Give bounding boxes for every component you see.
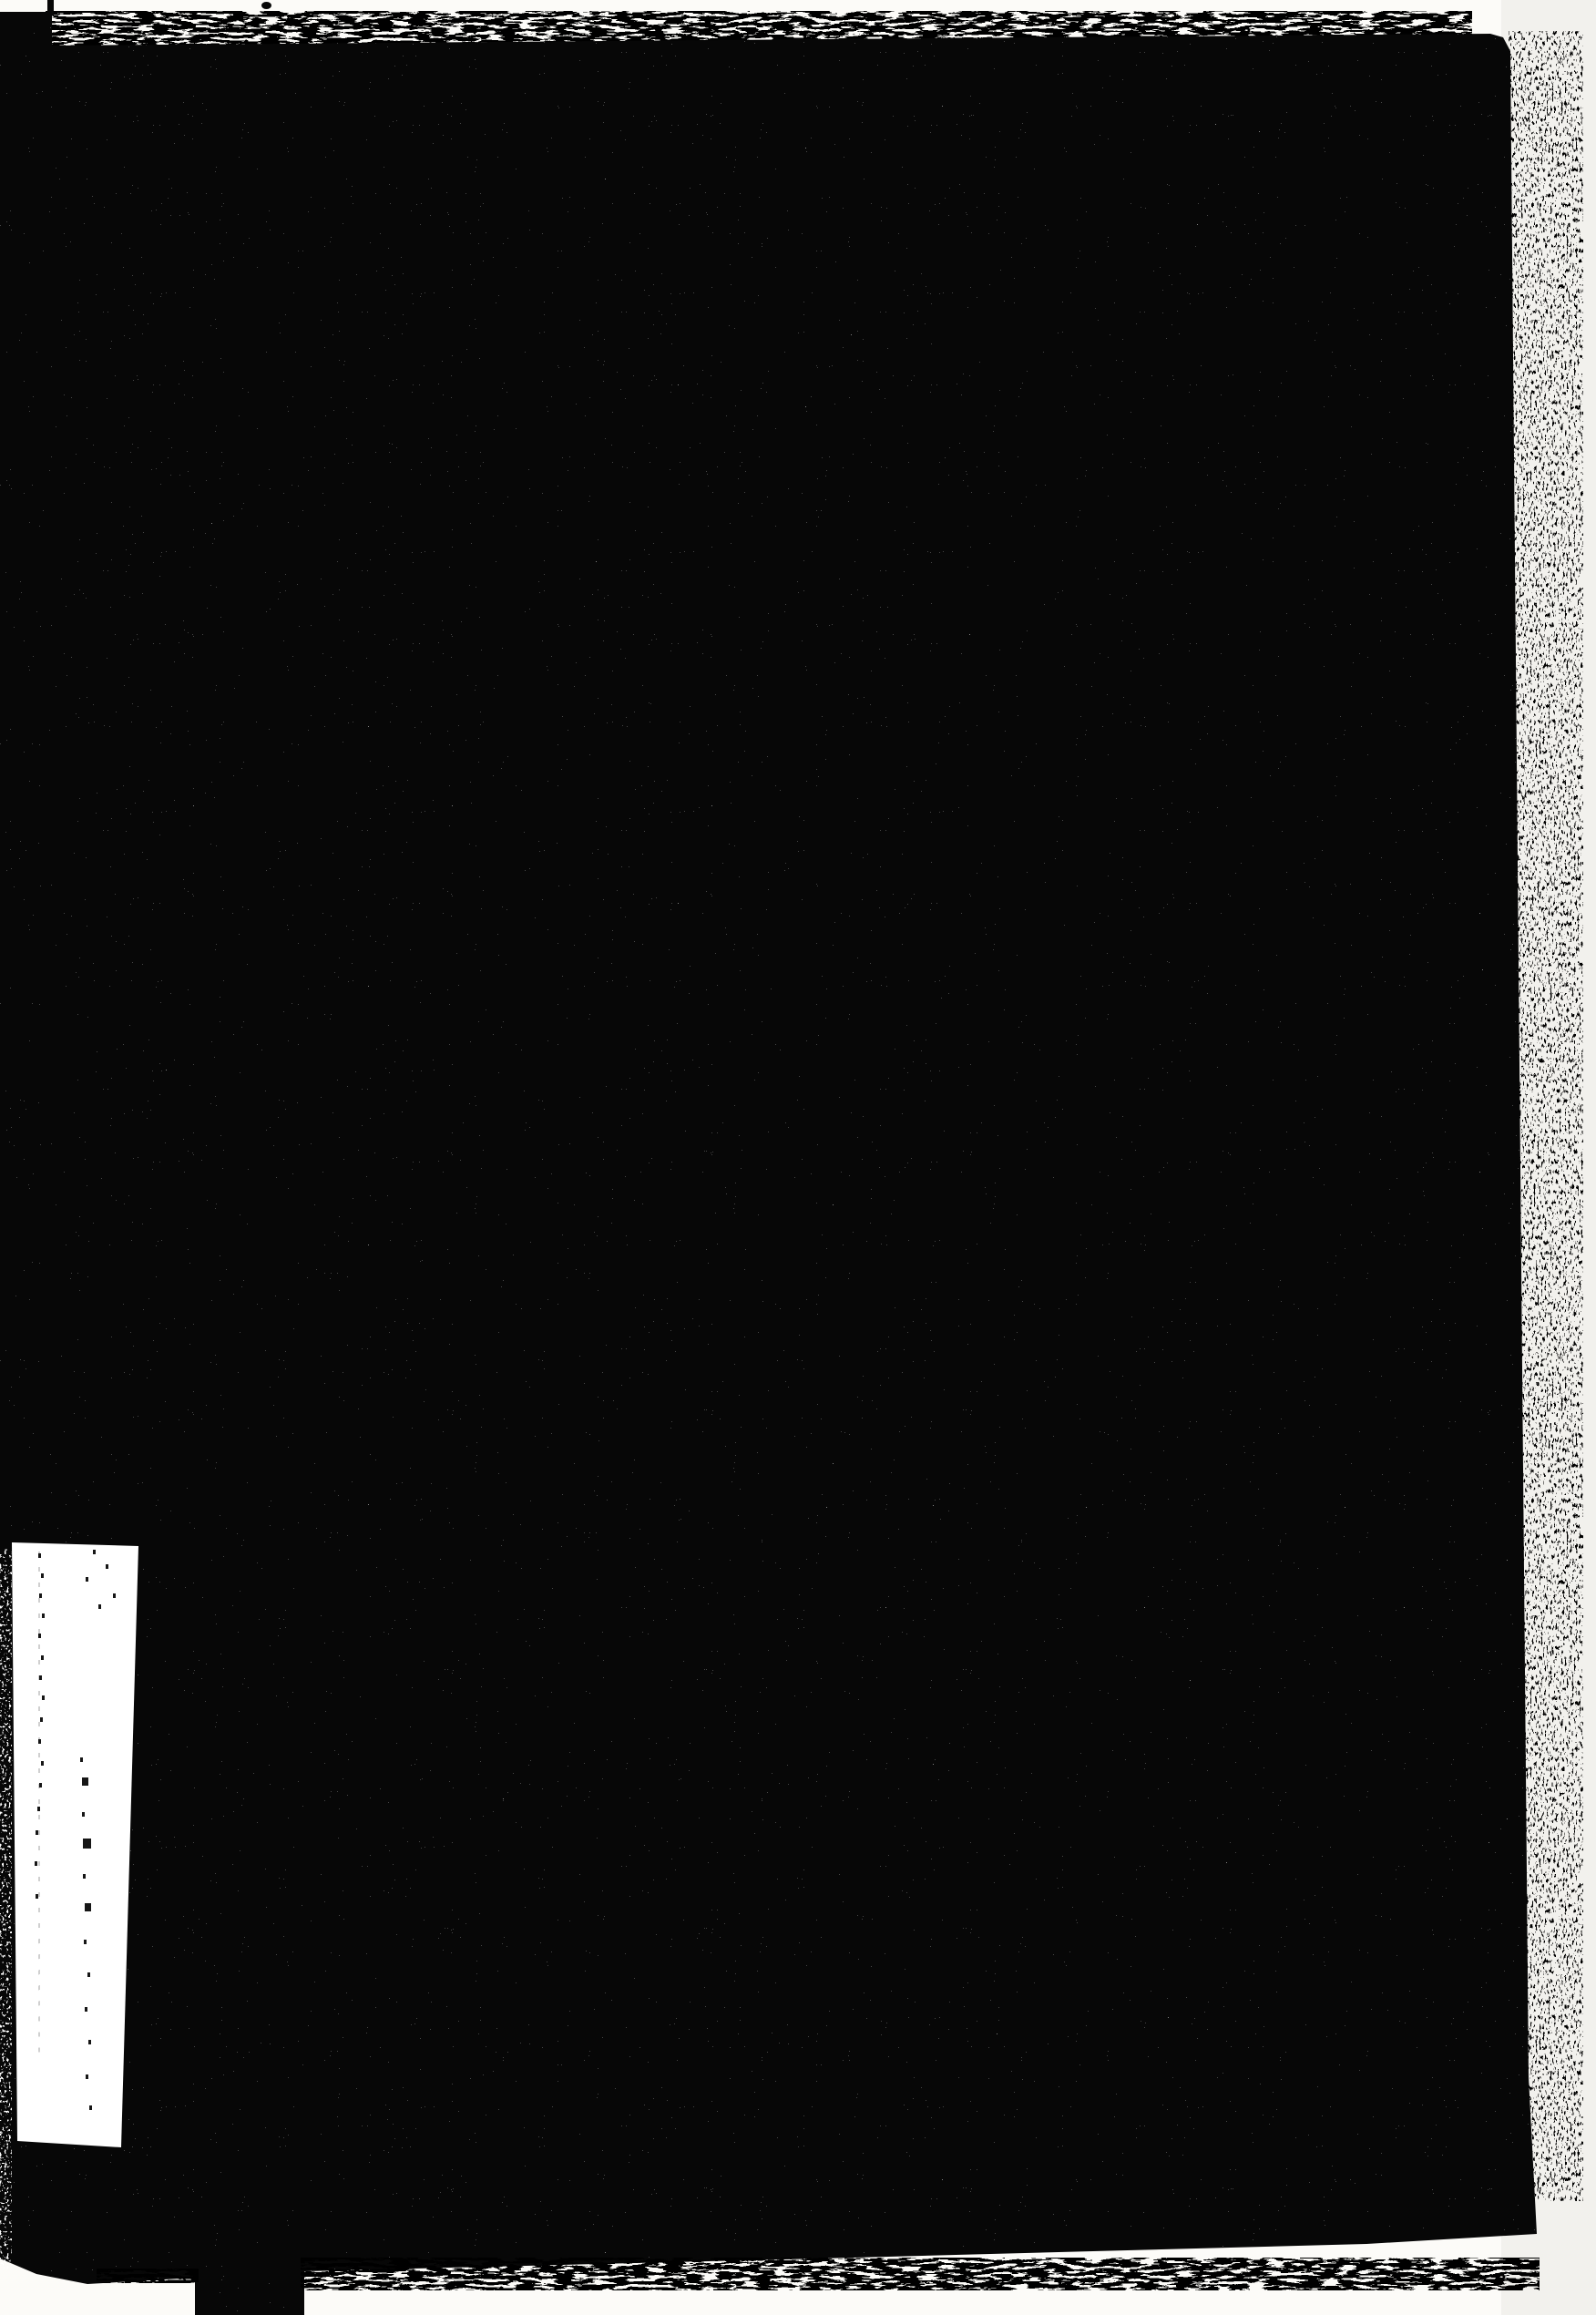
torn-paper-edge-bottom xyxy=(301,2258,1540,2290)
black-scanned-sheet xyxy=(0,0,1596,2315)
stray-mark-top-tick xyxy=(47,0,54,15)
stray-mark-top-blob xyxy=(261,2,271,9)
left-edge-noise xyxy=(0,1549,12,2269)
label-crease-line xyxy=(38,1552,40,2062)
bottom-left-smear xyxy=(97,2269,199,2283)
scanned-page xyxy=(0,0,1596,2315)
blank-label-sticker xyxy=(11,1541,139,2149)
white-dust-speckles xyxy=(0,0,1596,2315)
